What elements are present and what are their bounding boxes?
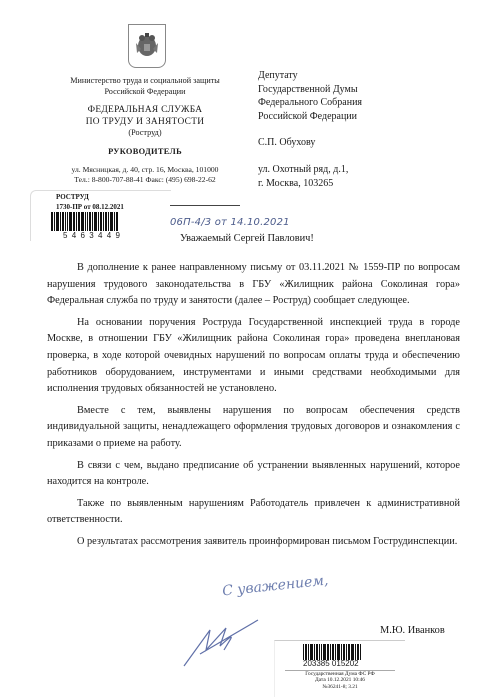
paragraph: В связи с чем, выдано предписание об уст…: [47, 458, 460, 491]
service-short: (Роструд): [40, 128, 250, 139]
paragraph: В дополнение к ранее направленному письм…: [47, 260, 460, 310]
coat-of-arms-icon: [128, 24, 166, 68]
service-line1: ФЕДЕРАЛЬНАЯ СЛУЖБА: [40, 105, 250, 117]
paragraph: Вместе с тем, выявлены нарушения по вопр…: [47, 403, 460, 453]
recipient-block: Депутату Государственной Думы Федерально…: [258, 69, 362, 190]
recipient-line3: Федерального Собрания: [258, 96, 362, 110]
recipient-address-line1: ул. Охотный ряд, д.1,: [258, 163, 362, 177]
recipient-line4: Российской Федерации: [258, 110, 362, 124]
ministry-line2: Российской Федерации: [40, 87, 250, 98]
stamp-org: РОСТРУД: [56, 193, 171, 201]
receipt-barcode-number: 203385 015202: [303, 660, 405, 668]
barcode-icon: [51, 212, 171, 231]
barcode-icon: [303, 644, 405, 660]
stamp-reg: 1730-ПР от 08.12.2021: [56, 203, 171, 211]
recipient-line1: Депутату: [258, 69, 362, 83]
signer-name: М.Ю. Иванков: [380, 625, 445, 636]
sender-address: ул. Мясницкая, д. 40, стр. 16, Москва, 1…: [40, 165, 250, 175]
paragraph: О результатах рассмотрения заявитель про…: [47, 534, 460, 551]
registration-stamp: РОСТРУД 1730-ПР от 08.12.2021 5463449: [30, 190, 171, 241]
recipient-name: С.П. Обухову: [258, 136, 362, 150]
service-line2: ПО ТРУДУ И ЗАНЯТОСТИ: [40, 117, 250, 129]
ministry-line1: Министерство труда и социальной защиты: [40, 76, 250, 87]
letter-body: В дополнение к ранее направленному письм…: [47, 260, 460, 556]
handwritten-closing: С уважением,: [221, 572, 329, 599]
recipient-line2: Государственной Думы: [258, 83, 362, 97]
greeting: Уважаемый Сергей Павлович!: [180, 233, 314, 244]
paragraph: На основании поручения Роструда Государс…: [47, 315, 460, 398]
handwritten-reference: 06П-4/3 от 14.10.2021: [170, 217, 290, 228]
sender-block: Министерство труда и социальной защиты Р…: [40, 76, 250, 185]
recipient-address-line2: г. Москва, 103265: [258, 177, 362, 191]
sender-position: РУКОВОДИТЕЛЬ: [40, 147, 250, 158]
reference-line: [170, 205, 240, 206]
signature-icon: [180, 610, 260, 670]
receipt-stamp: 203385 015202 Государственная Дума ФС РФ…: [274, 640, 405, 697]
paragraph: Также по выявленным нарушениям Работодат…: [47, 496, 460, 529]
receipt-number: №36241-8; 3.21: [275, 684, 405, 690]
sender-contacts: Тел.: 8-800-707-88-41 Факс: (495) 698-22…: [40, 175, 250, 185]
stamp-barcode-number: 5463449: [63, 231, 171, 240]
